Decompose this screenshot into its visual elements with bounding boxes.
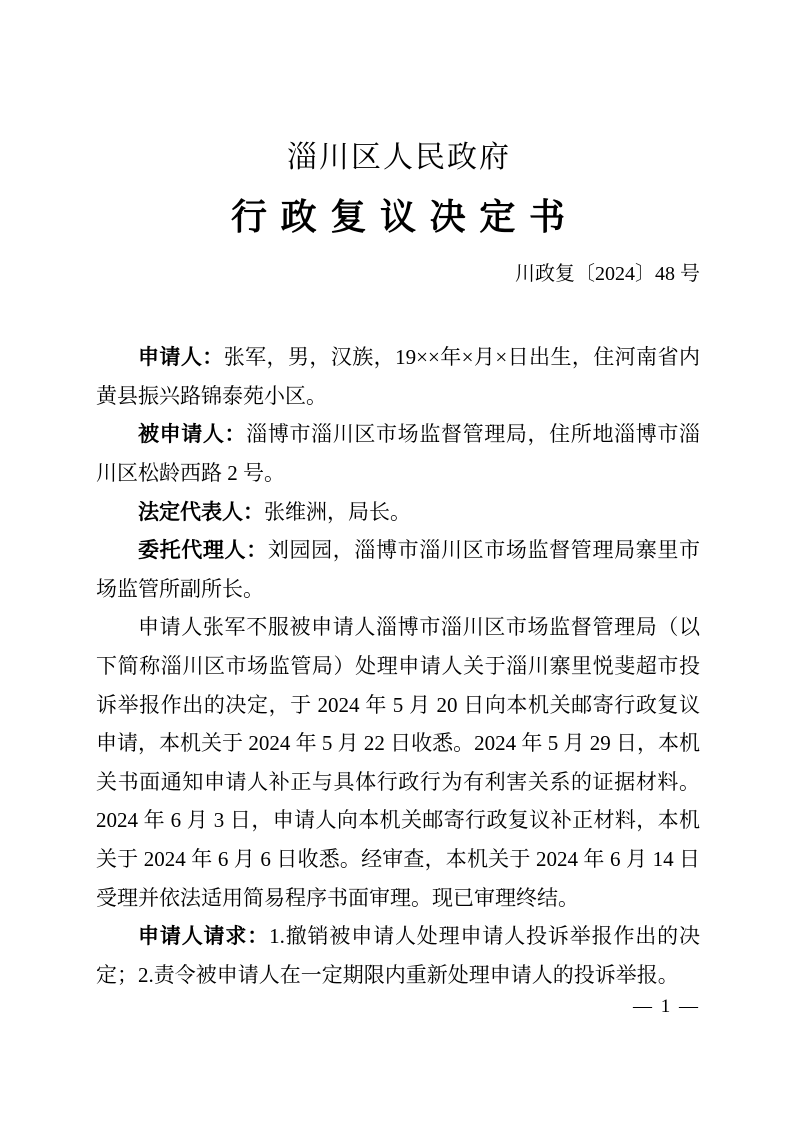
paragraph-entrusted-agent: 委托代理人：刘园园，淄博市淄川区市场监督管理局寨里市场监管所副所长。 <box>96 531 700 608</box>
legal-representative-label: 法定代表人： <box>138 500 264 524</box>
paragraph-applicant-request: 申请人请求：1.撤销被申请人处理申请人投诉举报作出的决定；2.责令被申请人在一定… <box>96 917 700 994</box>
respondent-label: 被申请人： <box>138 422 246 446</box>
document-page: 淄川区人民政府 行政复议决定书 川政复〔2024〕48 号 申请人：张军，男，汉… <box>0 0 794 1123</box>
entrusted-agent-label: 委托代理人： <box>138 538 268 562</box>
doc-number: 川政复〔2024〕48 号 <box>96 261 700 288</box>
paragraph-applicant: 申请人：张军，男，汉族，19××年×月×日出生，住河南省内黄县振兴路锦泰苑小区。 <box>96 338 700 415</box>
applicant-request-label: 申请人请求： <box>138 924 269 948</box>
paragraph-case-summary: 申请人张军不服被申请人淄博市淄川区市场监督管理局（以下简称淄川区市场监管局）处理… <box>96 608 700 917</box>
doc-title: 行政复议决定书 <box>96 196 700 239</box>
case-summary-text: 申请人张军不服被申请人淄博市淄川区市场监督管理局（以下简称淄川区市场监管局）处理… <box>96 615 700 909</box>
paragraph-legal-representative: 法定代表人：张维洲，局长。 <box>96 493 700 532</box>
document-body: 申请人：张军，男，汉族，19××年×月×日出生，住河南省内黄县振兴路锦泰苑小区。… <box>96 338 700 994</box>
applicant-label: 申请人： <box>138 345 224 369</box>
page-number: — 1 — <box>633 996 700 1019</box>
org-title: 淄川区人民政府 <box>96 140 700 176</box>
legal-representative-text: 张维洲，局长。 <box>264 500 411 524</box>
paragraph-respondent: 被申请人：淄博市淄川区市场监督管理局，住所地淄博市淄川区松龄西路 2 号。 <box>96 415 700 492</box>
